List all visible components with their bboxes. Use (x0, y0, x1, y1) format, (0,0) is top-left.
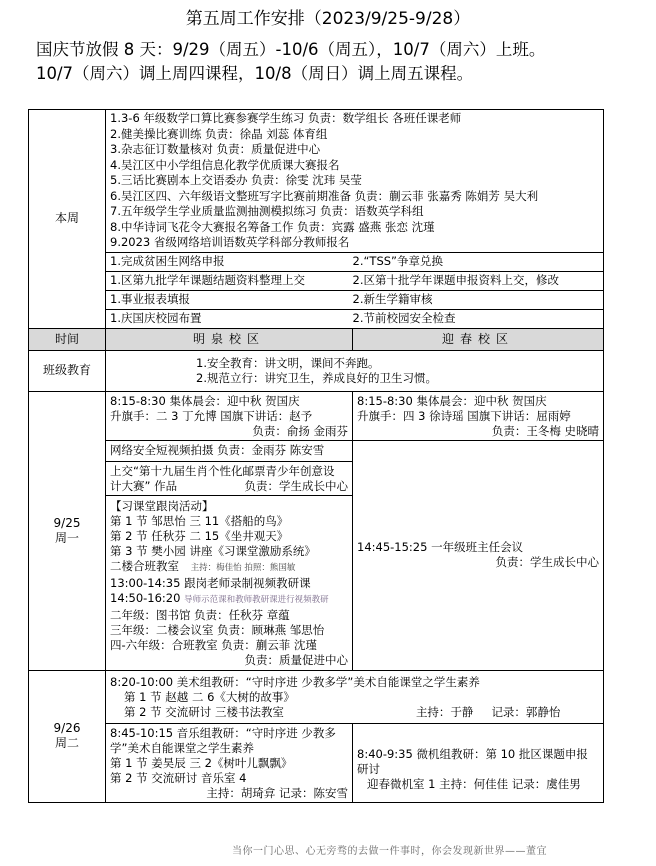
list-item: 8.中华诗词飞花令大赛报名筹备工作 负责：宾露 盛燕 张恋 沈瑾 (110, 220, 599, 236)
yingchun-assembly: 8:15-8:30 集体晨会：迎中秋 贺国庆 升旗手：四 3 徐诗瑶 国旗下讲话… (353, 391, 604, 440)
task-cell: 1.完成贫困生网络申报 (106, 252, 353, 271)
task-cell: 1.事业报表填报 (106, 290, 353, 309)
day-label-0926: 9/26 周二 (29, 670, 106, 802)
this-week-list: 1.3-6 年级数学口算比赛参赛学生练习 负责：数学组长 各班任课老师 2.健美… (106, 110, 604, 253)
list-item: 7.五年级学生学业质量监测抽测模拟练习 负责：语数英学科组 (110, 204, 599, 220)
day-row-0925: 9/25 周一 8:15-8:30 集体晨会：迎中秋 贺国庆 升旗手：二 3 丁… (29, 391, 604, 440)
day-date: 9/25 (29, 516, 105, 531)
task-cell: 2.新生学籍审核 (353, 290, 604, 309)
day-row-0926: 8:45-10:15 音乐组教研：“守时序进 少教多 学”美术自能课堂之学生素养… (29, 723, 604, 802)
class-education-line: 2.规范立行：讲究卫生，养成良好的卫生习惯。 (196, 371, 599, 386)
task-cell: 2.节前校园安全检查 (353, 309, 604, 328)
class-education-label: 班级教育 (29, 350, 106, 391)
header-mingquan-campus: 明泉校区 (106, 328, 353, 350)
list-item: 6.吴江区四、六年级语文整班写字比赛前期准备 负责：蒯云菲 张嘉秀 陈娟芳 吴大… (110, 189, 599, 205)
task-cell: 2.“TSS”争章兑换 (353, 252, 604, 271)
page-title: 第五周工作安排（2023/9/25-9/28） (0, 8, 656, 30)
header-time: 时间 (29, 328, 106, 350)
mingquan-shadow-activity: 【习课堂跟岗活动】 第 1 节 邹思怡 三 11《搭船的鸟》 第 2 节 任秋芬… (106, 495, 353, 670)
task-pair-row: 1.区第九批学年课题结题资料整理上交 2.区第十批学年课题申报资料上交，修改 (29, 271, 604, 290)
list-item: 9.2023 省级网络培训语数英学科部分教师报名 (110, 235, 599, 251)
task-cell: 2.区第十批学年课题申报资料上交，修改 (353, 271, 604, 290)
list-item: 3.杂志征订数量核对 负责：质量促进中心 (110, 142, 599, 158)
class-education-line: 1.安全教育：讲文明，课间不奔跑。 (196, 356, 599, 371)
task-pair-row: 1.完成贫困生网络申报 2.“TSS”争章兑换 (29, 252, 604, 271)
art-group-research: 8:20-10:00 美术组教研：“守时序进 少教多学”美术自能课堂之学生素养 … (106, 670, 604, 723)
holiday-notice: 国庆节放假 8 天：9/29（周五）-10/6（周五），10/7（周六）上班。 … (36, 38, 636, 86)
task-cell: 1.庆国庆校园布置 (106, 309, 353, 328)
list-item: 4.吴江区中小学组信息化教学优质课大赛报名 (110, 158, 599, 174)
list-item: 5.三话比赛剧本上交语委办 负责：徐雯 沈玮 吴莹 (110, 173, 599, 189)
day-row-0925: 网络安全短视频拍摄 负责：金雨芬 陈安雪 14:45-15:25 一年级班主任会… (29, 440, 604, 461)
footer-quote: 当你一门心思、心无旁骛的去做一件事时，你会发现新世界——董宜 (232, 842, 547, 857)
class-education-content: 1.安全教育：讲文明，课间不奔跑。 2.规范立行：讲究卫生，养成良好的卫生习惯。 (106, 350, 604, 391)
notice-line-1: 国庆节放假 8 天：9/29（周五）-10/6（周五），10/7（周六）上班。 (36, 38, 636, 62)
task-pair-row: 1.庆国庆校园布置 2.节前校园安全检查 (29, 309, 604, 328)
notice-line-2: 10/7（周六）调上周四课程，10/8（周日）调上周五课程。 (36, 62, 636, 86)
this-week-row: 本周 1.3-6 年级数学口算比赛参赛学生练习 负责：数学组长 各班任课老师 2… (29, 110, 604, 253)
task-pair-row: 1.事业报表填报 2.新生学籍审核 (29, 290, 604, 309)
yingchun-meeting: 14:45-15:25 一年级班主任会议 负责：学生成长中心 (353, 440, 604, 670)
music-group-research: 8:45-10:15 音乐组教研：“守时序进 少教多 学”美术自能课堂之学生素养… (106, 723, 353, 802)
day-date: 9/26 (29, 721, 105, 736)
day-label-0925: 9/25 周一 (29, 391, 106, 670)
schedule-table: 本周 1.3-6 年级数学口算比赛参赛学生练习 负责：数学组长 各班任课老师 2… (28, 109, 604, 803)
header-yingchun-campus: 迎春校区 (353, 328, 604, 350)
mingquan-stamp-contest: 上交“第十九届生肖个性化邮票青少年创意设 计大赛” 作品 负责：学生成长中心 (106, 461, 353, 495)
list-item: 1.3-6 年级数学口算比赛参赛学生练习 负责：数学组长 各班任课老师 (110, 111, 599, 127)
column-header-row: 时间 明泉校区 迎春校区 (29, 328, 604, 350)
this-week-label: 本周 (29, 110, 106, 329)
mingquan-video-task: 网络安全短视频拍摄 负责：金雨芬 陈安雪 (106, 440, 353, 461)
day-weekday: 周二 (29, 736, 105, 751)
day-weekday: 周一 (29, 531, 105, 546)
computer-group-research: 8:40-9:35 微机组教研：第 10 批区课题申报 研讨 迎春微机室 1 主… (353, 723, 604, 802)
day-row-0926: 9/26 周二 8:20-10:00 美术组教研：“守时序进 少教多学”美术自能… (29, 670, 604, 723)
class-education-row: 班级教育 1.安全教育：讲文明，课间不奔跑。 2.规范立行：讲究卫生，养成良好的… (29, 350, 604, 391)
list-item: 2.健美操比赛训练 负责：徐晶 刘蕊 体育组 (110, 127, 599, 143)
mingquan-assembly: 8:15-8:30 集体晨会：迎中秋 贺国庆 升旗手：二 3 丁允博 国旗下讲话… (106, 391, 353, 440)
task-cell: 1.区第九批学年课题结题资料整理上交 (106, 271, 353, 290)
